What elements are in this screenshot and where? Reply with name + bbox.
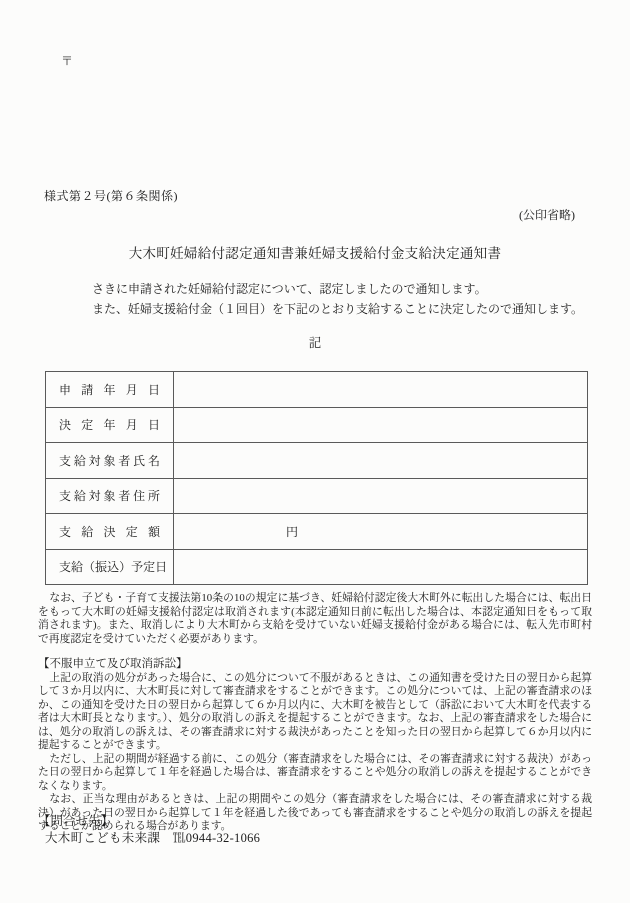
row-label-cell: 決定年月日 <box>46 408 174 443</box>
benefit-details-table: 申請年月日 決定年月日 支給対象者氏名 支給対象者住所 支給決定額 <box>45 371 588 585</box>
table-row-application-date: 申請年月日 <box>46 372 587 408</box>
contact-section: 【問合せ先】 大木町こども未来課 ℡0944-32-1066 <box>38 813 592 847</box>
row-label: 支給決定額 <box>59 523 160 540</box>
record-marker: 記 <box>0 333 630 351</box>
row-label-cell: 支給決定額 <box>46 514 174 549</box>
row-label-cell: 支給（振込）予定日 <box>46 550 174 585</box>
document-title: 大木町妊婦給付認定通知書兼妊婦支援給付金支給決定通知書 <box>0 242 630 262</box>
row-label: 支給（振込）予定日 <box>59 558 167 575</box>
row-label-cell: 支給対象者氏名 <box>46 443 174 478</box>
row-value-cell <box>174 443 587 478</box>
row-value-cell <box>174 408 587 443</box>
row-value-cell <box>174 550 587 585</box>
postal-code-mark: 〒 <box>61 52 73 69</box>
contact-info: 大木町こども未来課 ℡0944-32-1066 <box>38 830 592 847</box>
table-row-recipient-address: 支給対象者住所 <box>46 479 587 515</box>
intro-line-2: また、妊婦支援給付金（１回目）を下記のとおり支給することに決定したので通知します… <box>92 299 592 319</box>
intro-paragraph: さきに申請された妊婦給付認定について、認定しましたので通知します。 また、妊婦支… <box>92 279 592 319</box>
form-number-label: 様式第２号(第６条関係) <box>44 187 178 204</box>
row-label-cell: 支給対象者住所 <box>46 479 174 514</box>
table-row-payment-date: 支給（振込）予定日 <box>46 550 587 585</box>
row-label-cell: 申請年月日 <box>46 372 174 407</box>
contact-heading: 【問合せ先】 <box>38 813 592 830</box>
row-value-cell: 円 <box>174 514 587 549</box>
fine-print-section: なお、子ども・子育て支援法第10条の10の規定に基づき、妊婦給付認定後大木町外に… <box>38 592 592 834</box>
table-row-payment-amount: 支給決定額 円 <box>46 514 587 550</box>
document-page: { "header": { "postal_mark": "〒", "form_… <box>0 0 630 903</box>
row-value-cell <box>174 479 587 514</box>
row-label: 支給対象者氏名 <box>59 452 160 469</box>
row-label: 決定年月日 <box>59 416 160 433</box>
appeal-paragraph-2: ただし、上記の期間が経過する前に、この処分（審査請求をした場合には、その審査請求… <box>38 753 592 794</box>
appeal-paragraph-1: 上記の取消の処分があった場合に、この処分について不服があるときは、この通知書を受… <box>38 672 592 753</box>
row-value-cell <box>174 372 587 407</box>
row-label: 支給対象者住所 <box>59 487 160 504</box>
row-label: 申請年月日 <box>59 381 160 398</box>
transfer-cancellation-note: なお、子ども・子育て支援法第10条の10の規定に基づき、妊婦給付認定後大木町外に… <box>38 592 592 646</box>
table-row-recipient-name: 支給対象者氏名 <box>46 443 587 479</box>
yen-unit-label: 円 <box>174 523 298 540</box>
official-seal-omitted-note: (公印省略) <box>519 206 575 223</box>
appeal-section-heading: 【不服申立て及び取消訴訟】 <box>38 658 592 672</box>
intro-line-1: さきに申請された妊婦給付認定について、認定しましたので通知します。 <box>92 279 592 299</box>
table-row-decision-date: 決定年月日 <box>46 408 587 444</box>
